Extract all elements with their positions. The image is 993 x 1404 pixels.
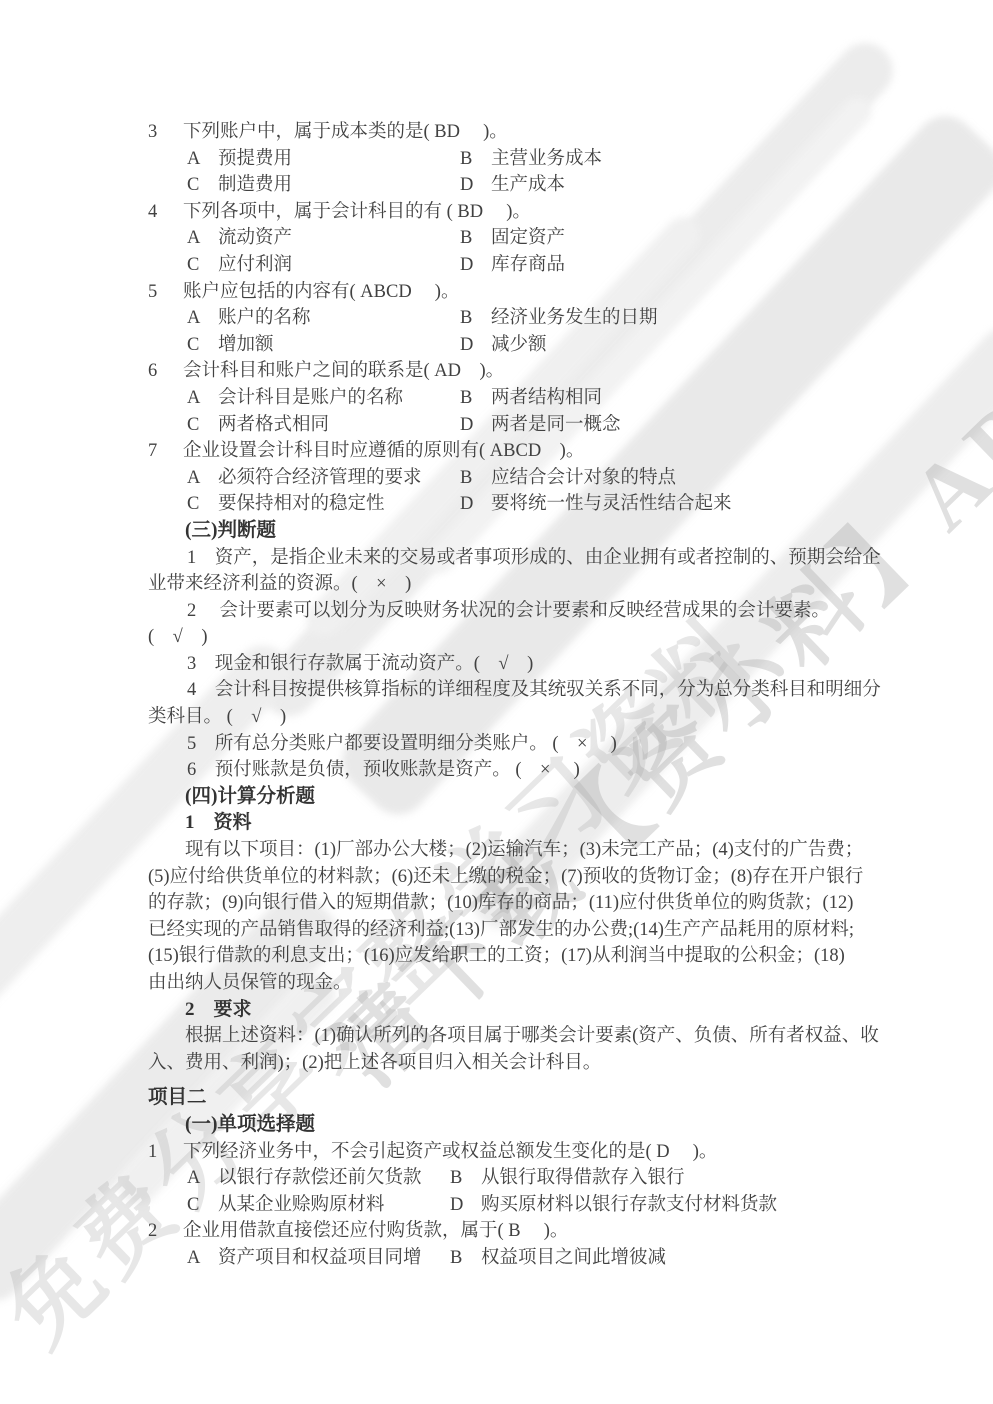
option-text: 两者格式相同 bbox=[218, 415, 329, 435]
option-text: 从银行取得借款存入银行 bbox=[481, 1168, 685, 1188]
option-text: 流动资产 bbox=[218, 228, 292, 248]
options-row: C制造费用D生产成本 bbox=[187, 172, 883, 199]
options-row: A预提费用B主营业务成本 bbox=[187, 146, 883, 173]
option-text: 制造费用 bbox=[218, 175, 292, 195]
option-text: 库存商品 bbox=[491, 255, 565, 275]
option-text: 主营业务成本 bbox=[491, 149, 602, 169]
question-text: 下列经济业务中，不会引起资产或权益总额发生变化的是( D )。 bbox=[183, 1142, 717, 1162]
option-a: A会计科目是账户的名称 bbox=[187, 385, 460, 412]
option-a: A账户的名称 bbox=[187, 305, 460, 332]
question-line: 5账户应包括的内容有( ABCD )。 bbox=[148, 279, 883, 306]
paragraph-line: 已经实现的产品销售取得的经济利益;(13)厂部发生的办公费;(14)生产产品耗用… bbox=[148, 917, 883, 944]
option-text: 两者结构相同 bbox=[491, 388, 602, 408]
option-letter: C bbox=[187, 332, 218, 359]
question-line: 3下列账户中，属于成本类的是( BD )。 bbox=[148, 119, 883, 146]
option-letter: C bbox=[187, 252, 218, 279]
question-number: 3 bbox=[148, 119, 183, 146]
option-b: B主营业务成本 bbox=[460, 146, 602, 173]
sub-heading: 1 资料 bbox=[185, 810, 883, 837]
options-row: A流动资产B固定资产 bbox=[187, 225, 883, 252]
paragraph-line: 入、费用、利润)；(2)把上述各项目归入相关会计科目。 bbox=[148, 1050, 883, 1077]
option-b: D减少额 bbox=[460, 332, 547, 359]
option-letter: A bbox=[187, 385, 218, 412]
question-number: 7 bbox=[148, 438, 183, 465]
option-b: B经济业务发生的日期 bbox=[460, 305, 658, 332]
section-heading: (三)判断题 bbox=[185, 518, 883, 545]
option-b: D生产成本 bbox=[460, 172, 565, 199]
option-b: D库存商品 bbox=[460, 252, 565, 279]
judgement-item: 5 所有总分类账户都要设置明细分类账户。 ( × ) bbox=[187, 731, 883, 758]
option-letter: D bbox=[450, 1192, 481, 1219]
option-text: 权益项目之间此增彼减 bbox=[481, 1248, 666, 1268]
section-heading: (四)计算分析题 bbox=[185, 784, 883, 811]
option-b: D两者是同一概念 bbox=[460, 412, 621, 439]
option-text: 从某企业赊购原材料 bbox=[218, 1195, 385, 1215]
option-text: 两者是同一概念 bbox=[491, 415, 621, 435]
option-letter: C bbox=[187, 491, 218, 518]
options-row: C应付利润D库存商品 bbox=[187, 252, 883, 279]
judgement-item: 3 现金和银行存款属于流动资产。( √ ) bbox=[187, 651, 883, 678]
question-number: 2 bbox=[148, 1218, 183, 1245]
option-text: 经济业务发生的日期 bbox=[491, 308, 658, 328]
option-b: B从银行取得借款存入银行 bbox=[450, 1165, 685, 1192]
option-text: 以银行存款偿还前欠货款 bbox=[218, 1168, 422, 1188]
options-row: C增加额D减少额 bbox=[187, 332, 883, 359]
question-text: 企业设置会计科目时应遵循的原则有( ABCD )。 bbox=[183, 441, 584, 461]
option-a: C应付利润 bbox=[187, 252, 460, 279]
paragraph-first-line: 根据上述资料：(1)确认所列的各项目属于哪类会计要素(资产、负债、所有者权益、收 bbox=[185, 1023, 883, 1050]
paragraph-line: (5)应付给供货单位的材料款；(6)还未上缴的税金；(7)预收的货物订金；(8)… bbox=[148, 864, 883, 891]
options-row: C从某企业赊购原材料D购买原材料以银行存款支付材料货款 bbox=[187, 1192, 883, 1219]
option-text: 生产成本 bbox=[491, 175, 565, 195]
option-text: 增加额 bbox=[218, 335, 274, 355]
option-letter: B bbox=[450, 1165, 481, 1192]
question-text: 企业用借款直接偿还应付购货款，属于( B )。 bbox=[183, 1221, 568, 1241]
option-a: A以银行存款偿还前欠货款 bbox=[187, 1165, 450, 1192]
option-letter: A bbox=[187, 1245, 218, 1272]
option-text: 资产项目和权益项目同增 bbox=[218, 1248, 422, 1268]
judgement-item: 4 会计科目按提供核算指标的详细程度及其统驭关系不同，分为总分类科目和明细分 bbox=[187, 677, 883, 704]
option-letter: B bbox=[460, 385, 491, 412]
option-letter: D bbox=[460, 172, 491, 199]
question-line: 1下列经济业务中，不会引起资产或权益总额发生变化的是( D )。 bbox=[148, 1139, 883, 1166]
option-a: C两者格式相同 bbox=[187, 412, 460, 439]
option-letter: C bbox=[187, 412, 218, 439]
option-b: D购买原材料以银行存款支付材料货款 bbox=[450, 1192, 777, 1219]
paragraph-line: 的存款；(9)向银行借入的短期借款；(10)库存的商品；(11)应付供货单位的购… bbox=[148, 890, 883, 917]
option-a: A必须符合经济管理的要求 bbox=[187, 465, 460, 492]
document-page: 免费分享完整学习资料 清下载【资小料】APP 3下列账户中，属于成本类的是( B… bbox=[0, 0, 993, 1404]
document-content: 3下列账户中，属于成本类的是( BD )。A预提费用B主营业务成本C制造费用D生… bbox=[0, 0, 993, 1272]
option-letter: C bbox=[187, 172, 218, 199]
option-text: 要将统一性与灵活性结合起来 bbox=[491, 494, 732, 514]
question-number: 6 bbox=[148, 358, 183, 385]
option-letter: D bbox=[460, 412, 491, 439]
option-b: B应结合会计对象的特点 bbox=[460, 465, 676, 492]
option-text: 账户的名称 bbox=[218, 308, 311, 328]
option-text: 购买原材料以银行存款支付材料货款 bbox=[481, 1195, 777, 1215]
option-a: A资产项目和权益项目同增 bbox=[187, 1245, 450, 1272]
sub-heading: 2 要求 bbox=[185, 997, 883, 1024]
option-letter: A bbox=[187, 225, 218, 252]
option-text: 必须符合经济管理的要求 bbox=[218, 468, 422, 488]
option-a: C从某企业赊购原材料 bbox=[187, 1192, 450, 1219]
option-a: A流动资产 bbox=[187, 225, 460, 252]
option-text: 固定资产 bbox=[491, 228, 565, 248]
paragraph-line: 业带来经济利益的资源。( × ) bbox=[148, 571, 883, 598]
question-text: 会计科目和账户之间的联系是( AD )。 bbox=[183, 361, 504, 381]
paragraph-line: (15)银行借款的利息支出；(16)应发给职工的工资；(17)从利润当中提取的公… bbox=[148, 943, 883, 970]
question-text: 下列账户中，属于成本类的是( BD )。 bbox=[183, 122, 508, 142]
option-letter: C bbox=[187, 1192, 218, 1219]
option-letter: B bbox=[460, 225, 491, 252]
paragraph-first-line: 现有以下项目：(1)厂部办公大楼；(2)运输汽车；(3)未完工产品；(4)支付的… bbox=[185, 837, 883, 864]
judgement-item: 1 资产，是指企业未来的交易或者事项形成的、由企业拥有或者控制的、预期会给企 bbox=[187, 545, 883, 572]
options-row: C要保持相对的稳定性D要将统一性与灵活性结合起来 bbox=[187, 491, 883, 518]
option-a: C制造费用 bbox=[187, 172, 460, 199]
option-b: B两者结构相同 bbox=[460, 385, 602, 412]
option-text: 应付利润 bbox=[218, 255, 292, 275]
paragraph-line: 类科目。 ( √ ) bbox=[148, 704, 883, 731]
option-letter: B bbox=[460, 146, 491, 173]
option-letter: A bbox=[187, 465, 218, 492]
options-row: C两者格式相同D两者是同一概念 bbox=[187, 412, 883, 439]
option-b: D要将统一性与灵活性结合起来 bbox=[460, 491, 732, 518]
option-a: C要保持相对的稳定性 bbox=[187, 491, 460, 518]
question-number: 5 bbox=[148, 279, 183, 306]
option-letter: D bbox=[460, 332, 491, 359]
option-b: B固定资产 bbox=[460, 225, 565, 252]
options-row: A资产项目和权益项目同增B权益项目之间此增彼减 bbox=[187, 1245, 883, 1272]
option-text: 减少额 bbox=[491, 335, 547, 355]
question-number: 1 bbox=[148, 1139, 183, 1166]
judgement-item: 6 预付账款是负债，预收账款是资产。 ( × ) bbox=[187, 757, 883, 784]
question-line: 4下列各项中，属于会计科目的有 ( BD )。 bbox=[148, 199, 883, 226]
options-row: A必须符合经济管理的要求B应结合会计对象的特点 bbox=[187, 465, 883, 492]
question-line: 7企业设置会计科目时应遵循的原则有( ABCD )。 bbox=[148, 438, 883, 465]
option-a: A预提费用 bbox=[187, 146, 460, 173]
option-b: B权益项目之间此增彼减 bbox=[450, 1245, 666, 1272]
option-text: 要保持相对的稳定性 bbox=[218, 494, 385, 514]
question-text: 下列各项中，属于会计科目的有 ( BD )。 bbox=[183, 202, 531, 222]
judgement-item: 2 会计要素可以划分为反映财务状况的会计要素和反映经营成果的会计要素。 bbox=[187, 598, 883, 625]
question-line: 2企业用借款直接偿还应付购货款，属于( B )。 bbox=[148, 1218, 883, 1245]
option-letter: B bbox=[460, 465, 491, 492]
paragraph-line: 由出纳人员保管的现金。 bbox=[148, 970, 883, 997]
option-letter: A bbox=[187, 146, 218, 173]
option-letter: A bbox=[187, 1165, 218, 1192]
option-text: 预提费用 bbox=[218, 149, 292, 169]
option-letter: A bbox=[187, 305, 218, 332]
option-text: 会计科目是账户的名称 bbox=[218, 388, 403, 408]
option-letter: B bbox=[450, 1245, 481, 1272]
question-line: 6会计科目和账户之间的联系是( AD )。 bbox=[148, 358, 883, 385]
option-letter: B bbox=[460, 305, 491, 332]
option-a: C增加额 bbox=[187, 332, 460, 359]
options-row: A会计科目是账户的名称B两者结构相同 bbox=[187, 385, 883, 412]
section-heading: (一)单项选择题 bbox=[185, 1112, 883, 1139]
options-row: A以银行存款偿还前欠货款B从银行取得借款存入银行 bbox=[187, 1165, 883, 1192]
question-text: 账户应包括的内容有( ABCD )。 bbox=[183, 282, 459, 302]
options-row: A账户的名称B经济业务发生的日期 bbox=[187, 305, 883, 332]
option-letter: D bbox=[460, 252, 491, 279]
paragraph-line: ( √ ) bbox=[148, 624, 883, 651]
spacer bbox=[148, 1076, 883, 1085]
question-number: 4 bbox=[148, 199, 183, 226]
project-heading: 项目二 bbox=[148, 1085, 883, 1112]
option-letter: D bbox=[460, 491, 491, 518]
option-text: 应结合会计对象的特点 bbox=[491, 468, 676, 488]
